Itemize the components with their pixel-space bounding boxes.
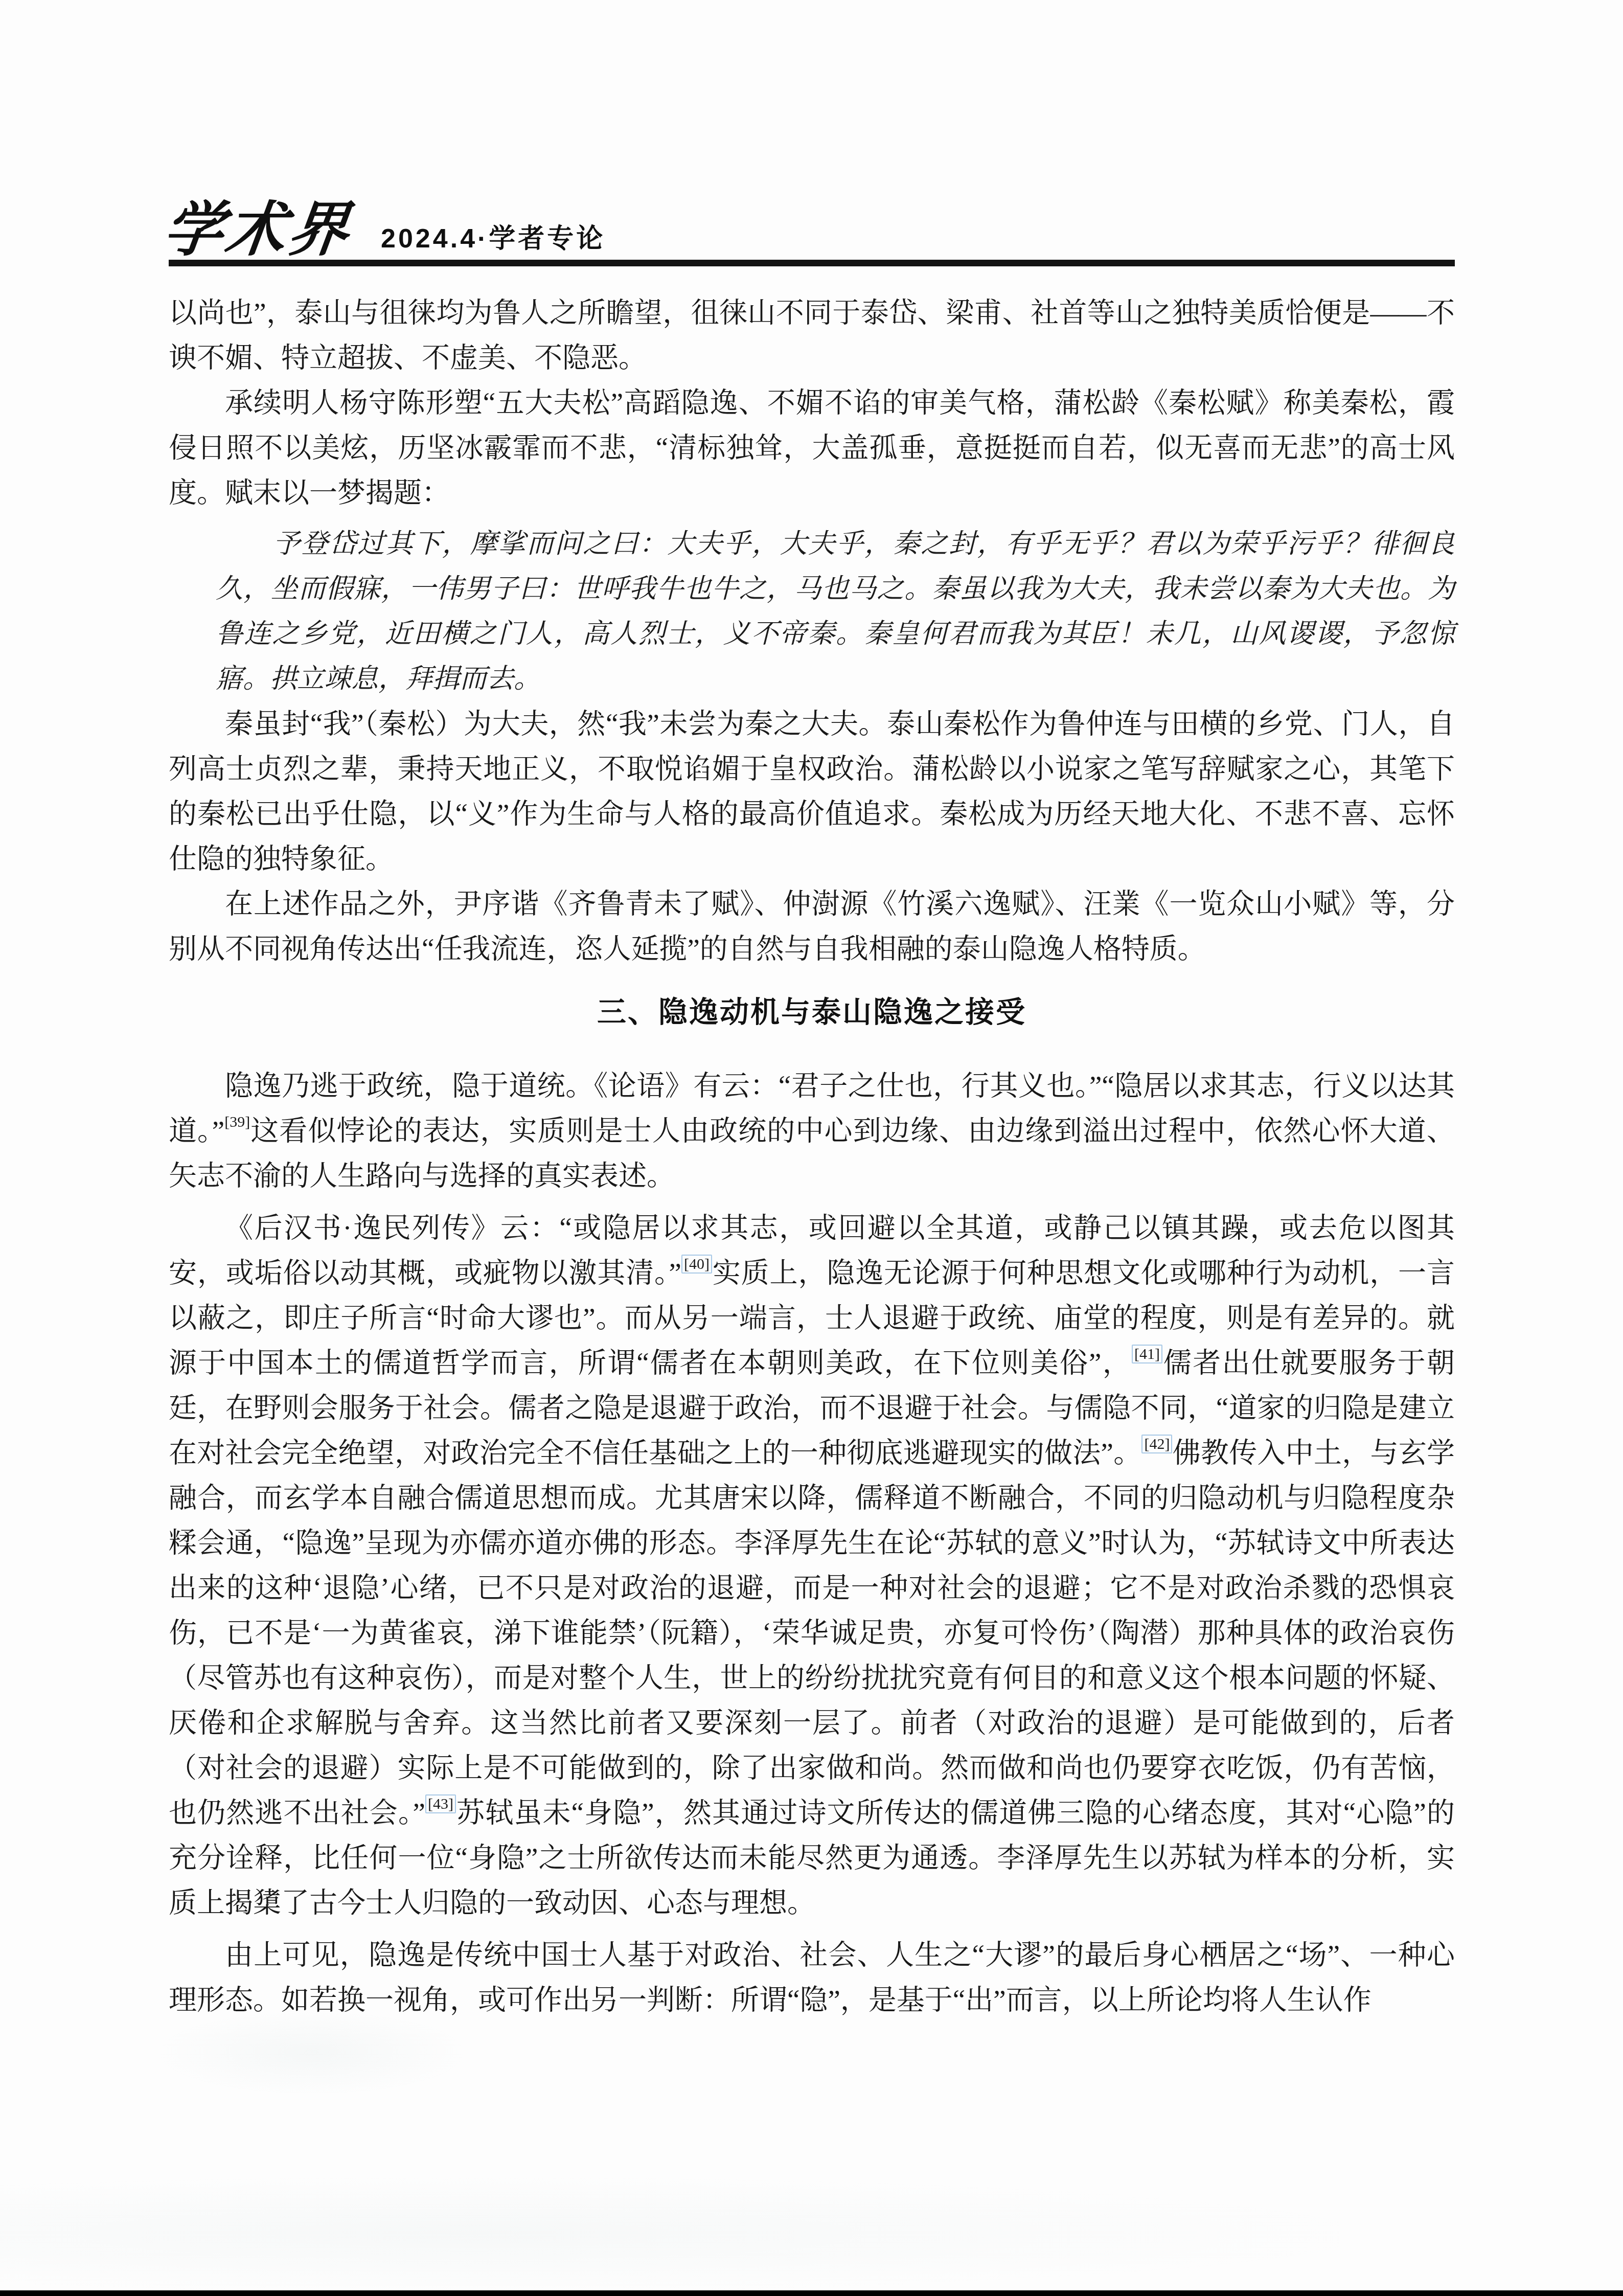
article-content: 以尚也”，泰山与徂徕均为鲁人之所瞻望，徂徕山不同于泰岱、梁甫、社首等山之独特美质…: [169, 290, 1455, 2022]
paragraph-7: 由上可见，隐逸是传统中国士人基于对政治、社会、人生之“大谬”的最后身心栖居之“场…: [169, 1933, 1455, 2022]
section-heading: 三、隐逸动机与泰山隐逸之接受: [169, 990, 1455, 1035]
journal-page: 学术界 2024.4·学者专论 以尚也”，泰山与徂徕均为鲁人之所瞻望，徂徕山不同…: [0, 0, 1623, 2296]
paragraph-5: 隐逸乃逃于政统，隐于道统。《论语》有云：“君子之仕也，行其义也。”“隐居以求其志…: [169, 1063, 1455, 1198]
issue-label: 2024.4·学者专论: [381, 217, 605, 255]
footnote-ref-42[interactable]: [42]: [1141, 1435, 1172, 1453]
paragraph-4: 在上述作品之外，尹序谐《齐鲁青未了赋》、仲澍源《竹溪六逸赋》、汪業《一览众山小赋…: [169, 881, 1455, 971]
paragraph-1: 以尚也”，泰山与徂徕均为鲁人之所瞻望，徂徕山不同于泰岱、梁甫、社首等山之独特美质…: [169, 290, 1455, 380]
footnote-ref-43[interactable]: [43]: [425, 1794, 456, 1813]
text-segment: 这看似悖论的表达，实质则是士人由政统的中心到边缘、由边缘到溢出过程中，依然心怀大…: [169, 1115, 1455, 1191]
paragraph-3: 秦虽封“我”（秦松）为大夫，然“我”未尝为秦之大夫。泰山秦松作为鲁仲连与田横的乡…: [169, 701, 1455, 881]
scan-artifact-smudge: [0, 2178, 1339, 2290]
journal-logo: 学术界: [159, 182, 357, 267]
footnote-ref-41[interactable]: [41]: [1132, 1345, 1162, 1363]
footnote-ref-40[interactable]: [40]: [681, 1255, 712, 1274]
scan-edge-bar: [0, 2290, 1623, 2296]
text-segment: 佛教传入中土，与玄学融合，而玄学本自融合儒道思想而成。尤其唐宋以降，儒释道不断融…: [169, 1437, 1455, 1828]
header-divider: [169, 260, 1455, 266]
paragraph-6: 《后汉书·逸民列传》云：“或隐居以求其志，或回避以全其道，或静己以镇其躁，或去危…: [169, 1206, 1455, 1925]
paragraph-2: 承续明人杨守陈形塑“五大夫松”高蹈隐逸、不媚不谄的审美气格，蒲松龄《秦松赋》称美…: [169, 380, 1455, 515]
footnote-ref-39: [39]: [224, 1113, 250, 1130]
block-quote: 予登岱过其下，摩挲而问之曰：大夫乎，大夫乎，秦之封，有乎无乎？君以为荣乎污乎？徘…: [216, 521, 1455, 701]
